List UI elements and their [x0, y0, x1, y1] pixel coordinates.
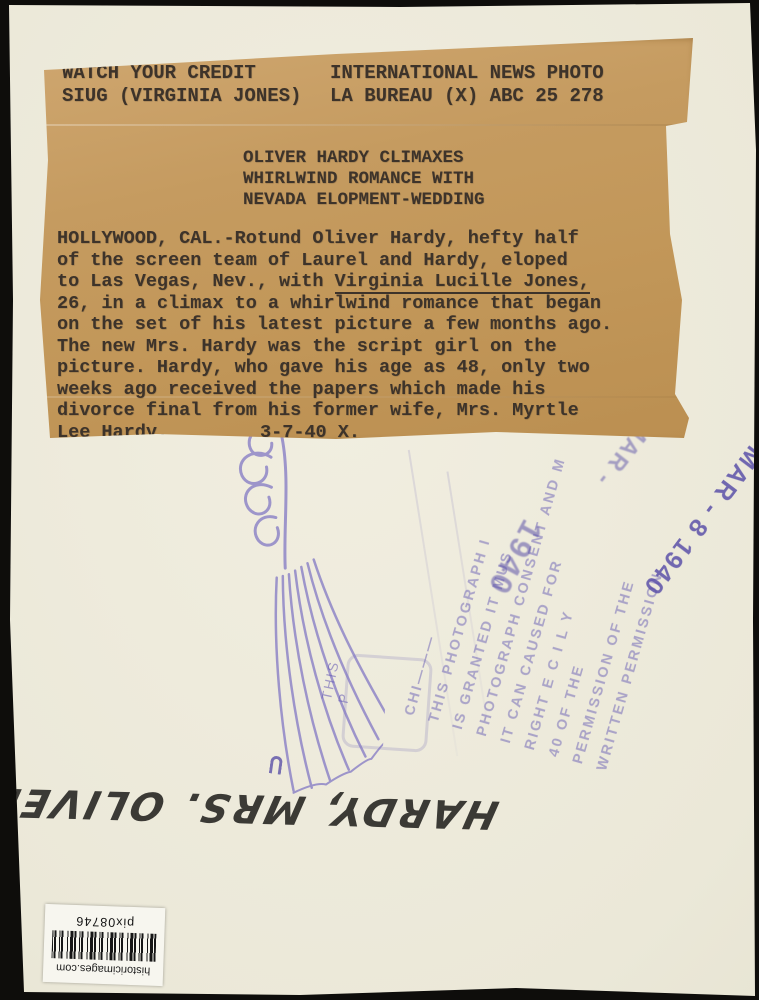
barcode-sticker: historicimages.com pix08746	[43, 904, 166, 986]
caption-body-line: picture. Hardy, who gave his age as 48, …	[57, 357, 612, 379]
handwritten-subject-note: HARDY, MRS. OLIVER	[20, 761, 464, 856]
caption-body-line: weeks ago received the papers which made…	[57, 379, 612, 401]
agency-name: INTERNATIONAL NEWS PHOTO	[330, 62, 604, 84]
sticker-code: pix08746	[75, 914, 134, 930]
caption-body-line: of the screen team of Laurel and Hardy, …	[57, 250, 612, 272]
caption-title-line: NEVADA ELOPMENT-WEDDING	[243, 190, 485, 211]
caption-body: HOLLYWOOD, CAL.-Rotund Oliver Hardy, hef…	[57, 228, 612, 443]
caption-body-text: Lee Hardy.	[57, 422, 168, 443]
caption-body-line: divorce final from his former wife, Mrs.…	[57, 400, 612, 422]
slip-crease	[40, 124, 680, 126]
caption-header-row: WATCH YOUR CREDITINTERNATIONAL NEWS PHOT…	[62, 62, 604, 85]
caption-body-line: The new Mrs. Hardy was the script girl o…	[57, 336, 612, 358]
barcode	[52, 930, 157, 962]
caption-title: OLIVER HARDY CLIMAXES WHIRLWIND ROMANCE …	[243, 148, 485, 211]
credit-notice: WATCH YOUR CREDIT	[62, 62, 330, 85]
caption-title-line: OLIVER HARDY CLIMAXES	[243, 148, 485, 169]
sticker-website: historicimages.com	[56, 961, 151, 976]
slug-line: SIUG (VIRGINIA JONES)	[62, 85, 330, 108]
wing-ornament-stamp-icon	[165, 413, 400, 809]
underlined-name: Virginia Lucille Jones,	[335, 271, 590, 294]
caption-body-line: 26, in a climax to a whirlwind romance t…	[57, 293, 612, 315]
press-photo-back-scan: CHI——— THIS PHOTOGRAPH I IS GRANTED IT M…	[0, 0, 759, 1000]
caption-body-text: to Las Vegas, Nev., with	[57, 271, 335, 292]
caption-header-row: SIUG (VIRGINIA JONES)LA BUREAU (X) ABC 2…	[62, 85, 604, 108]
caption-header: WATCH YOUR CREDITINTERNATIONAL NEWS PHOT…	[62, 62, 604, 108]
caption-body-line: HOLLYWOOD, CAL.-Rotund Oliver Hardy, hef…	[57, 228, 612, 250]
caption-body-line: to Las Vegas, Nev., with Virginia Lucill…	[57, 271, 612, 293]
caption-slip: WATCH YOUR CREDITINTERNATIONAL NEWS PHOT…	[36, 38, 693, 439]
copyright-stamp: CHI——— THIS PHOTOGRAPH I IS GRANTED IT M…	[398, 434, 694, 774]
bureau-line: LA BUREAU (X) ABC 25 278	[330, 85, 604, 107]
photo-paper: CHI——— THIS PHOTOGRAPH I IS GRANTED IT M…	[0, 0, 759, 1000]
caption-title-line: WHIRLWIND ROMANCE WITH	[243, 169, 485, 190]
caption-body-line: on the set of his latest picture a few m…	[57, 314, 612, 336]
